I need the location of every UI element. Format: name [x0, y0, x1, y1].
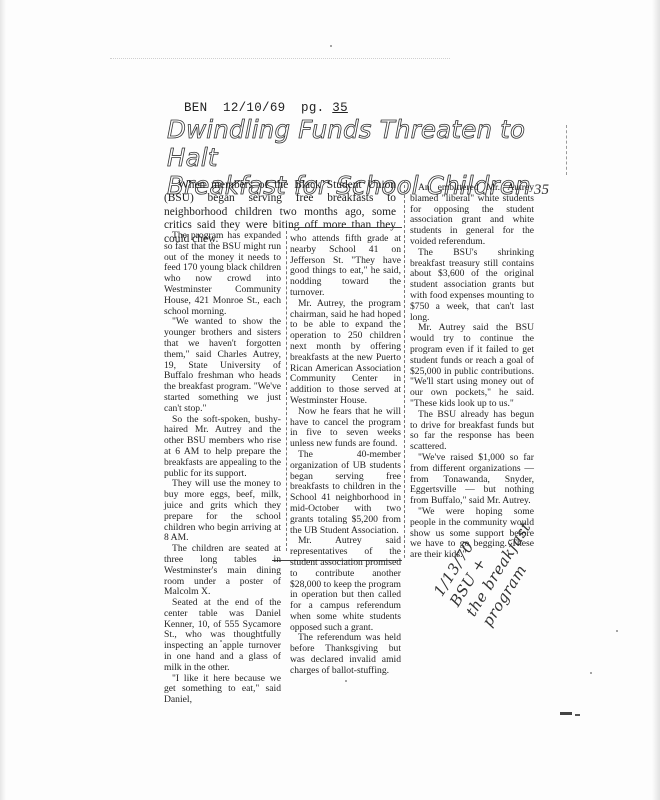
paragraph: So the soft-spoken, bushy-haired Mr. Aut… — [164, 415, 281, 480]
paragraph: An embittered Mr. Autrey blamed "liberal… — [410, 183, 534, 248]
paragraph: The referendum was held before Thanksgiv… — [290, 633, 401, 676]
handwritten-annotation: 1/13/70 BSU + the breakfast program — [430, 590, 440, 600]
article-column-1: The program has expanded so fast that th… — [164, 231, 281, 706]
scan-speck — [345, 680, 347, 682]
page-number: 35 — [332, 101, 348, 115]
paragraph: The BSU already has begun to drive for b… — [410, 410, 534, 453]
handwritten-page-number: 35 — [534, 182, 549, 198]
paragraph: The children are seated at three long ta… — [164, 544, 281, 598]
column-rule-1 — [286, 231, 287, 551]
page-edge-right — [652, 0, 660, 800]
paragraph: Mr. Autrey, the program chairman, said h… — [290, 299, 401, 407]
paragraph: "We wanted to show the younger brothers … — [164, 317, 281, 414]
paragraph: Seated at the end of the center table wa… — [164, 598, 281, 674]
paragraph: The 40-member organization of UB student… — [290, 450, 401, 536]
headline-edge-rule — [566, 125, 568, 175]
clipping-dateline: BEN 12/10/69 pg. 35 — [184, 101, 348, 115]
page-edge-left — [0, 0, 6, 800]
paragraph: The BSU's shrinking breakfast treasury s… — [410, 248, 534, 324]
column-rule-2 — [404, 180, 405, 558]
paragraph: The program has expanded so fast that th… — [164, 231, 281, 317]
paragraph: "We've raised $1,000 so far from differe… — [410, 453, 534, 507]
paragraph: Now he fears that he will have to cancel… — [290, 407, 401, 450]
paragraph: who attends fifth grade at nearby School… — [290, 234, 401, 299]
paragraph: Mr. Autrey said the BSU would try to con… — [410, 323, 534, 409]
article-column-2: who attends fifth grade at nearby School… — [290, 234, 401, 677]
clipping-date: 12/10/69 — [223, 101, 285, 115]
scan-speck — [220, 640, 222, 642]
scan-speck — [590, 672, 592, 674]
page-label: pg. — [301, 101, 324, 115]
scan-mark — [575, 714, 580, 716]
scan-speck — [330, 45, 332, 47]
paragraph: They will use the money to buy more eggs… — [164, 479, 281, 544]
paragraph: "I like it here because we get something… — [164, 674, 281, 706]
source-abbrev: BEN — [184, 101, 207, 115]
scan-mark — [560, 712, 572, 715]
paragraph: Mr. Autrey said representatives of the s… — [290, 536, 401, 633]
scan-artifact-line — [110, 58, 450, 60]
headline-line-1: Dwindling Funds Threaten to Halt — [167, 116, 567, 172]
scan-speck — [616, 630, 618, 632]
scanned-page: BEN 12/10/69 pg. 35 Dwindling Funds Thre… — [0, 0, 660, 800]
column-rule-horizontal-top — [290, 227, 402, 228]
